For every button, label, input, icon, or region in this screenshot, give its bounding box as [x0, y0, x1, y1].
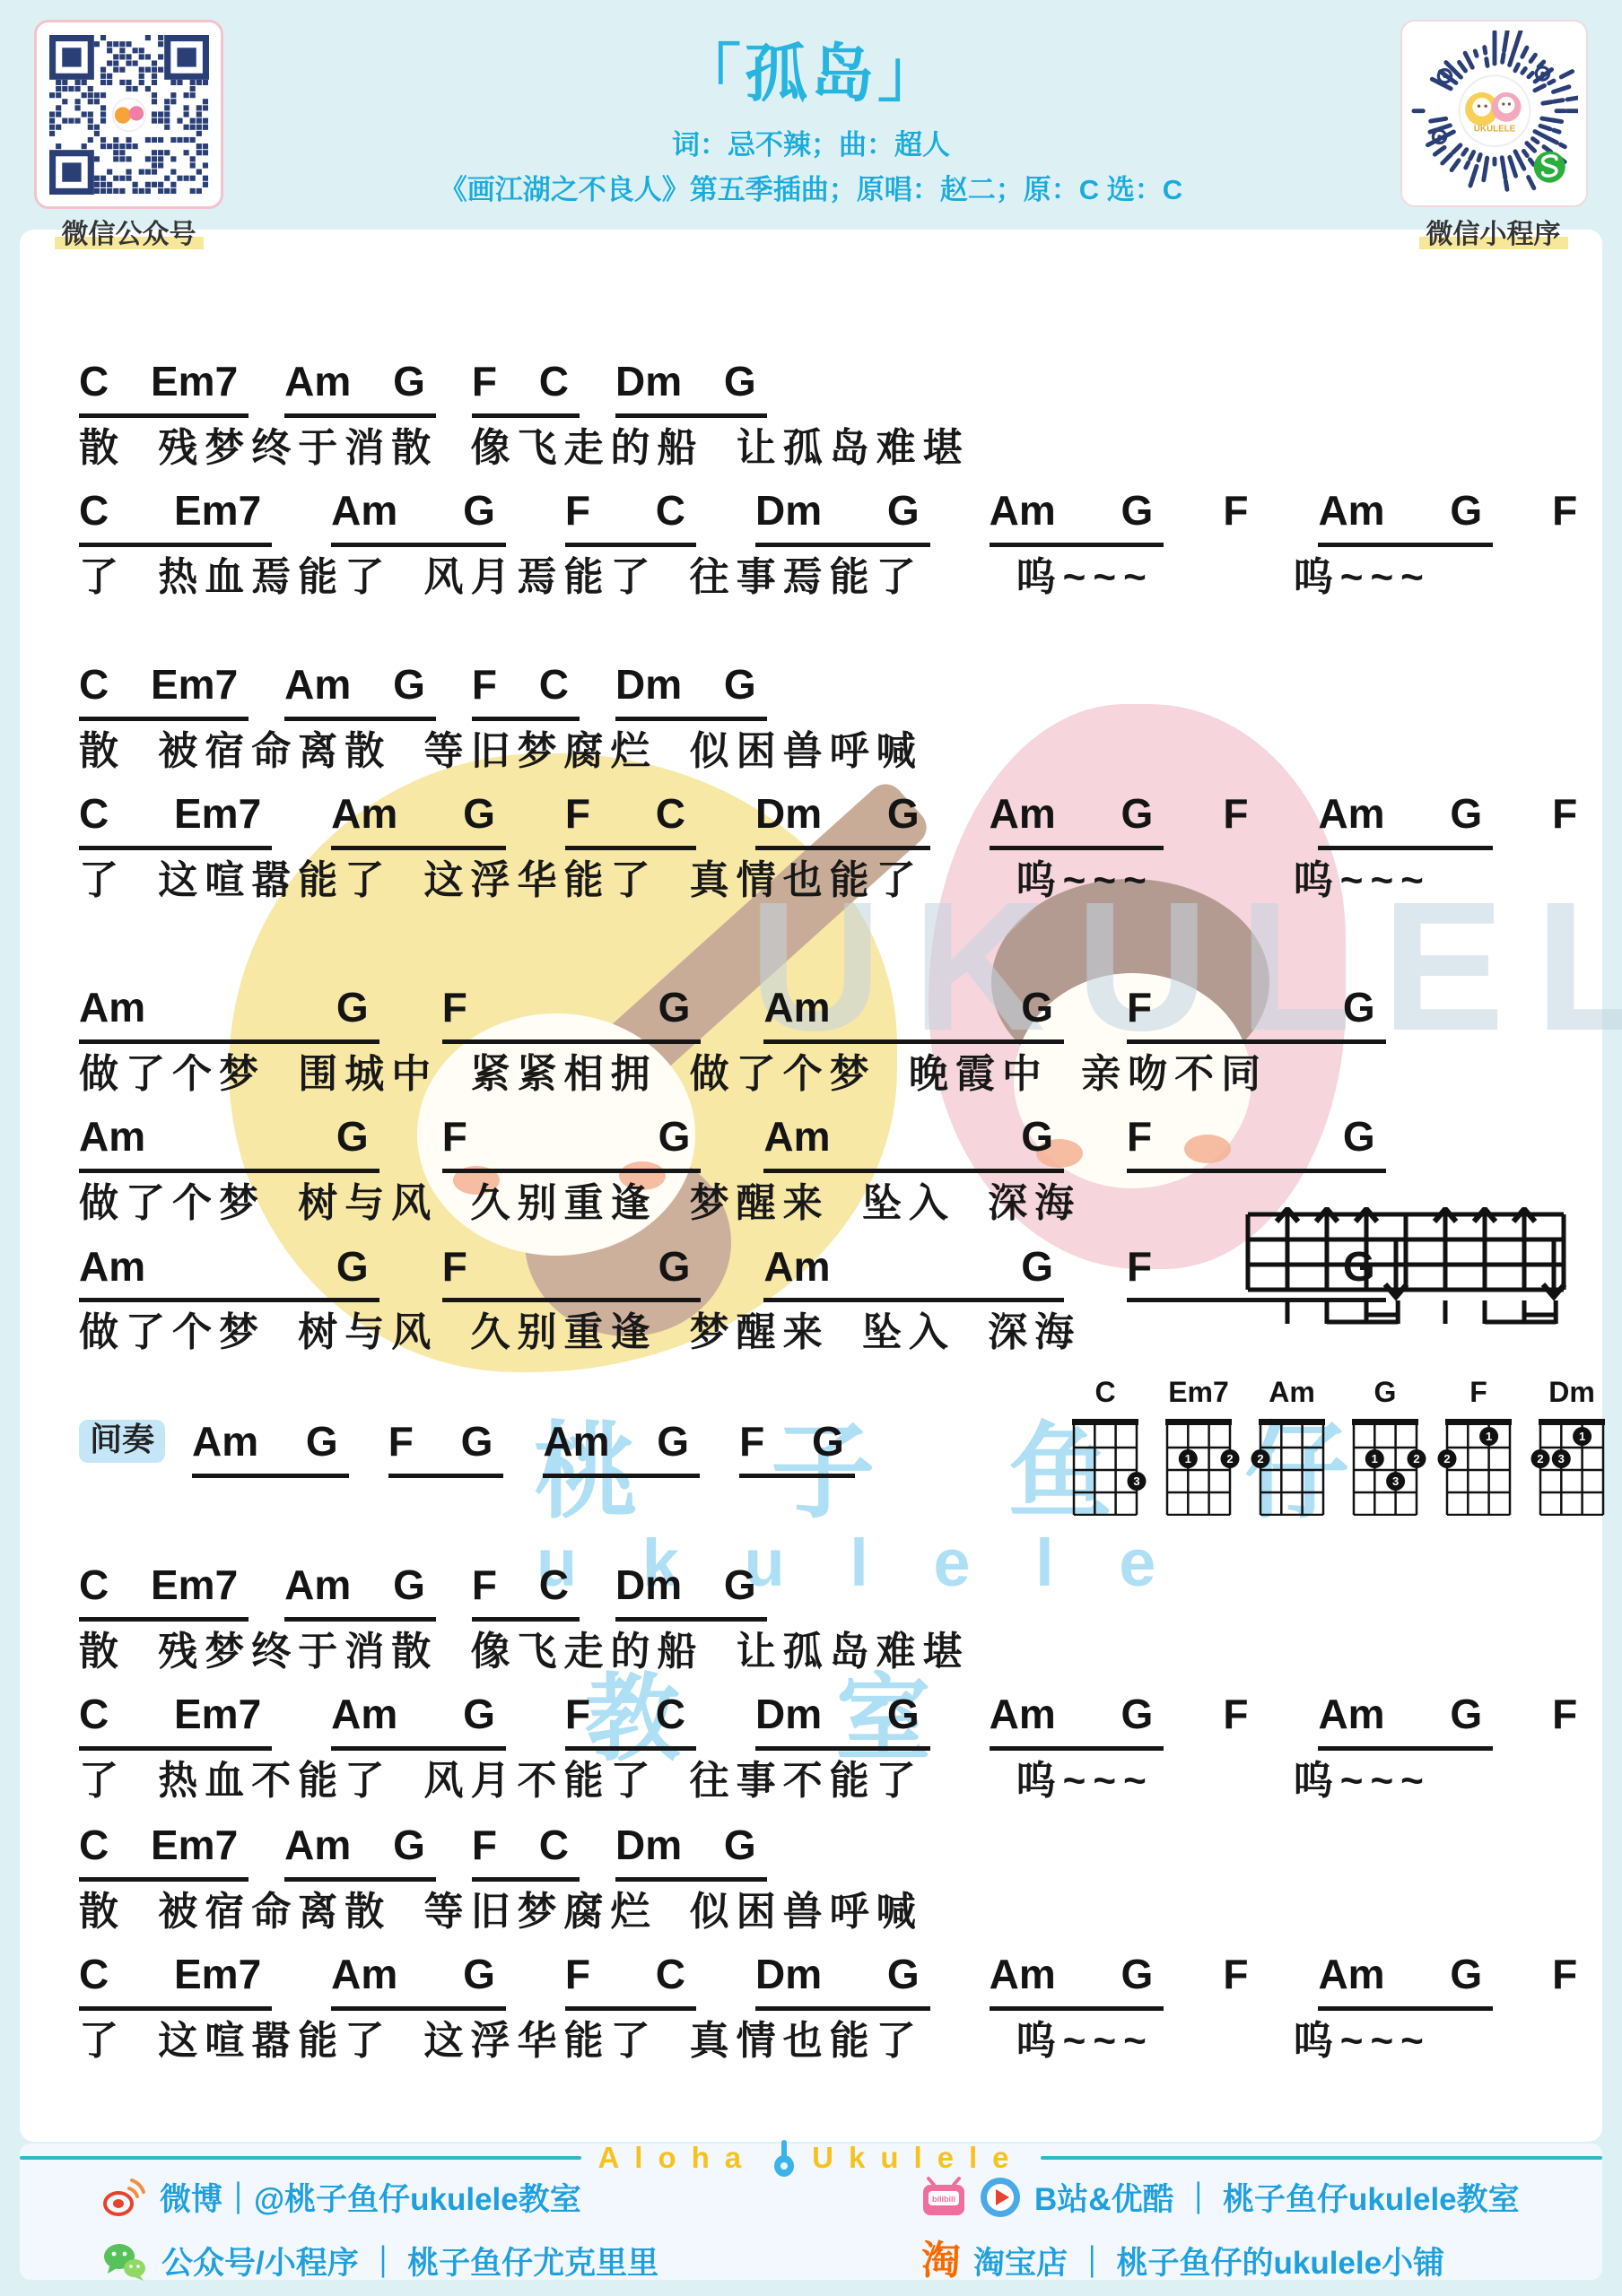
chord-group: Am G [331, 488, 506, 547]
divider-line [1041, 2156, 1602, 2160]
chord-group: F G [739, 1419, 855, 1478]
svg-text:3: 3 [1392, 1474, 1399, 1488]
chord-diagram-Am: Am2 [1251, 1378, 1333, 1520]
lyric-line: 了 热血焉能了 风月焉能了 往事焉能了 呜~~~ 呜~~~ [79, 554, 1586, 602]
song-line: C Em7Am GF CDm G散 被宿命离散 等旧梦腐烂 似困兽呼喊 [79, 662, 1586, 775]
chord-group: Am G [284, 359, 436, 418]
chord-group: Dm G [755, 488, 930, 547]
song-line: C Em7Am GF CDm GAm GFAm GF了 热血焉能了 风月焉能了 … [79, 488, 1586, 601]
ukulele-chord-sheet: UKULELE 桃 子 鱼 仔 u k u l e l e 教 室 微信公众号 … [0, 0, 1622, 2296]
chord-group: Am G [990, 1952, 1164, 2011]
chord-row: C Em7Am GF CDm G [79, 662, 1586, 721]
wechat-account-link[interactable]: 公众号/小程序 ｜ 桃子鱼仔尤克里里 [100, 2239, 921, 2283]
song-source-key: 《画江湖之不良人》第五季插曲；原唱：赵二；原：C 选：C [0, 167, 1622, 207]
youku-icon [979, 2176, 1022, 2219]
chord-group: F [1552, 1952, 1588, 2006]
qr-right-caption: 微信小程序 [1399, 212, 1588, 251]
chord-group: F [1223, 1952, 1259, 2006]
chord-group: Am G [1318, 1952, 1493, 2011]
chord-group: F C [565, 791, 696, 850]
chord-row: C Em7Am GF CDm GAm GFAm GF [79, 1952, 1586, 2011]
svg-text:3: 3 [1133, 1474, 1139, 1488]
chord-row: Am GF GAm GF G [79, 1114, 1586, 1173]
song-line: C Em7Am GF CDm G散 残梦终于消散 像飞走的船 让孤岛难堪 [79, 1562, 1586, 1675]
chord-diagram-F: F12 [1437, 1378, 1520, 1520]
interlude-badge: 间奏 [79, 1420, 165, 1463]
lyric-line: 了 这喧嚣能了 这浮华能了 真情也能了 呜~~~ 呜~~~ [79, 857, 1586, 905]
chord-group: Am G [763, 1114, 1064, 1173]
chord-group: F G [1127, 985, 1386, 1044]
chord-name: G [1344, 1378, 1426, 1406]
chord-group: F C [472, 359, 580, 418]
chord-group: Am G [284, 662, 436, 721]
chord-row: C Em7Am GF CDm GAm GFAm GF [79, 1692, 1586, 1751]
svg-text:2: 2 [1257, 1452, 1263, 1465]
chord-group: F C [472, 662, 580, 721]
chord-name: F [1437, 1378, 1520, 1406]
svg-text:2: 2 [1537, 1452, 1543, 1465]
chord-group: F C [565, 1692, 696, 1751]
svg-text:3: 3 [1558, 1452, 1565, 1465]
chord-group: Am G [1318, 791, 1493, 850]
chord-row: Am GF GAm GF G [79, 985, 1586, 1044]
chord-row: C Em7Am GF CDm G [79, 1822, 1586, 1882]
qr-left-caption: 微信公众号 [34, 212, 223, 251]
lyric-line: 了 热血不能了 风月不能了 往事不能了 呜~~~ 呜~~~ [79, 1758, 1586, 1805]
chord-group: F [1552, 488, 1588, 543]
song-line: C Em7Am GF CDm G散 残梦终于消散 像飞走的船 让孤岛难堪 [79, 359, 1586, 472]
svg-text:2: 2 [1443, 1452, 1450, 1465]
chord-group: F G [1127, 1114, 1386, 1173]
chord-group: Am G [331, 1692, 506, 1751]
chord-group: F [1223, 488, 1259, 543]
chord-group: Am G [763, 985, 1064, 1044]
lyric-line: 散 残梦终于消散 像飞走的船 让孤岛难堪 [79, 425, 1586, 473]
chord-group: Am G [763, 1244, 1064, 1303]
lyric-line: 了 这喧嚣能了 这浮华能了 真情也能了 呜~~~ 呜~~~ [79, 2018, 1586, 2066]
song-block-verse-1: C Em7Am GF CDm G散 残梦终于消散 像飞走的船 让孤岛难堪C Em… [79, 359, 1586, 602]
lyric-line: 散 残梦终于消散 像飞走的船 让孤岛难堪 [79, 1629, 1586, 1676]
lyric-line: 做了个梦 围城中 紧紧相拥 做了个梦 晚霞中 亲吻不同 [79, 1051, 1586, 1099]
chord-group: C Em7 [79, 1692, 272, 1751]
chord-group: Dm G [615, 359, 767, 418]
chord-row: C Em7Am GF CDm G [79, 359, 1586, 418]
song-line: C Em7Am GF CDm G散 被宿命离散 等旧梦腐烂 似困兽呼喊 [79, 1822, 1586, 1935]
chord-diagram-panel: C3Em712Am2G123F12Dm123 [1064, 1378, 1613, 1520]
song-line: Am GF GAm GF G做了个梦 围城中 紧紧相拥 做了个梦 晚霞中 亲吻不… [79, 985, 1586, 1098]
svg-text:1: 1 [1185, 1452, 1191, 1465]
weibo-link-text: 微博｜@桃子鱼仔ukulele教室 [160, 2175, 581, 2220]
chord-group: F C [472, 1822, 580, 1882]
chord-group: Dm G [755, 1692, 930, 1751]
social-links: 微博｜@桃子鱼仔ukulele教室 bilibili B站&优酷 ｜ 桃子鱼仔u… [20, 2170, 1602, 2287]
svg-text:1: 1 [1372, 1452, 1378, 1465]
taobao-link[interactable]: 淘 淘宝店 ｜ 桃子鱼仔的ukulele小铺 [921, 2239, 1566, 2283]
chord-group: C Em7 [79, 488, 272, 547]
chord-diagram-Em7: Em712 [1157, 1378, 1240, 1520]
song-block-verse-4: C Em7Am GF CDm G散 被宿命离散 等旧梦腐烂 似困兽呼喊C Em7… [79, 1822, 1586, 2066]
chord-group: Am G [284, 1562, 436, 1622]
bilibili-youku-link-text: B站&优酷 ｜ 桃子鱼仔ukulele教室 [1034, 2175, 1520, 2220]
chord-name: Am [1251, 1378, 1333, 1406]
chord-name: C [1064, 1378, 1147, 1406]
chord-group: Am G [79, 1244, 379, 1303]
chord-group: F C [472, 1562, 580, 1622]
chord-group: Am G [79, 985, 379, 1044]
lyric-line: 散 被宿命离散 等旧梦腐烂 似困兽呼喊 [79, 1889, 1586, 1936]
chord-group: C Em7 [79, 1562, 249, 1622]
chord-name: Em7 [1157, 1378, 1240, 1406]
chord-group: F G [442, 1114, 702, 1173]
bilibili-icon: bilibili [921, 2176, 966, 2219]
song-line: C Em7Am GF CDm GAm GFAm GF了 热血不能了 风月不能了 … [79, 1692, 1586, 1805]
song-credits: 词：忌不辣；曲：超人 [0, 122, 1622, 162]
chord-group: F G [1552, 791, 1622, 846]
weibo-link[interactable]: 微博｜@桃子鱼仔ukulele教室 [100, 2175, 921, 2220]
chord-group: Am G [331, 1952, 506, 2011]
song-line: C Em7Am GF CDm GAm GFAm GF了 这喧嚣能了 这浮华能了 … [79, 1952, 1586, 2065]
chord-group: Dm G [755, 791, 930, 850]
chord-group: Dm G [615, 1822, 767, 1882]
chord-group: F [1552, 1692, 1588, 1746]
chord-group: Am G [990, 488, 1164, 547]
chord-row: C Em7Am GF CDm GAm GFAm GF [79, 488, 1586, 547]
chord-group: Dm G [615, 1562, 767, 1622]
chord-group: Dm G [615, 662, 767, 721]
chord-diagram-C: C3 [1064, 1378, 1147, 1520]
svg-text:1: 1 [1579, 1430, 1585, 1443]
chord-group: F G [442, 985, 702, 1044]
chord-group: F C [565, 1952, 696, 2011]
song-block-verse-3: C Em7Am GF CDm G散 残梦终于消散 像飞走的船 让孤岛难堪C Em… [79, 1562, 1586, 1805]
chord-group: Dm G [755, 1952, 930, 2011]
chord-group: Am G [192, 1419, 349, 1478]
taobao-icon: 淘 [921, 2241, 961, 2281]
chord-group: Am G [990, 1692, 1164, 1751]
chord-group: C Em7 [79, 1952, 272, 2011]
chord-group: Am G [1318, 488, 1493, 547]
chord-name: Dm [1530, 1378, 1613, 1406]
chord-group: C Em7 [79, 791, 272, 850]
divider-line [20, 2156, 581, 2160]
lyric-line: 散 被宿命离散 等旧梦腐烂 似困兽呼喊 [79, 728, 1586, 776]
svg-text:2: 2 [1413, 1452, 1419, 1465]
chord-group: Am G [331, 791, 506, 850]
chord-group: F [1223, 1692, 1259, 1746]
chord-row: C Em7Am GF CDm GAm GFAm GF G [79, 791, 1586, 850]
chord-row: C Em7Am GF CDm G [79, 1562, 1586, 1622]
chord-group: F C [565, 488, 696, 547]
song-block-verse-2: C Em7Am GF CDm G散 被宿命离散 等旧梦腐烂 似困兽呼喊C Em7… [79, 662, 1586, 905]
chord-group: C Em7 [79, 662, 249, 721]
bilibili-youku-link[interactable]: bilibili B站&优酷 ｜ 桃子鱼仔ukulele教室 [921, 2175, 1566, 2220]
taobao-link-text: 淘宝店 ｜ 桃子鱼仔的ukulele小铺 [973, 2239, 1444, 2283]
chord-diagram-G: G123 [1344, 1378, 1426, 1520]
chord-group: Am G [284, 1822, 436, 1882]
chord-group: F G [442, 1244, 702, 1303]
svg-text:1: 1 [1486, 1430, 1492, 1443]
svg-text:bilibili: bilibili [932, 2195, 955, 2204]
song-title: 「孤岛」 [0, 23, 1622, 114]
chord-group: Am G [79, 1114, 379, 1173]
chord-group: Am G [990, 791, 1164, 850]
chord-group: C Em7 [79, 1822, 249, 1882]
chord-group: Am G [543, 1419, 700, 1478]
wechat-account-link-text: 公众号/小程序 ｜ 桃子鱼仔尤克里里 [161, 2239, 658, 2283]
weibo-icon [100, 2176, 147, 2219]
svg-text:2: 2 [1226, 1452, 1233, 1465]
strum-pattern-diagram [1245, 1207, 1579, 1333]
chord-group: Am G [1318, 1692, 1493, 1751]
wechat-icon [100, 2239, 149, 2283]
chord-group: F [1223, 791, 1259, 846]
chord-group: C Em7 [79, 359, 249, 418]
chord-group: F G [388, 1419, 504, 1478]
song-line: C Em7Am GF CDm GAm GFAm GF G了 这喧嚣能了 这浮华能… [79, 791, 1586, 904]
chord-diagram-Dm: Dm123 [1530, 1378, 1613, 1520]
